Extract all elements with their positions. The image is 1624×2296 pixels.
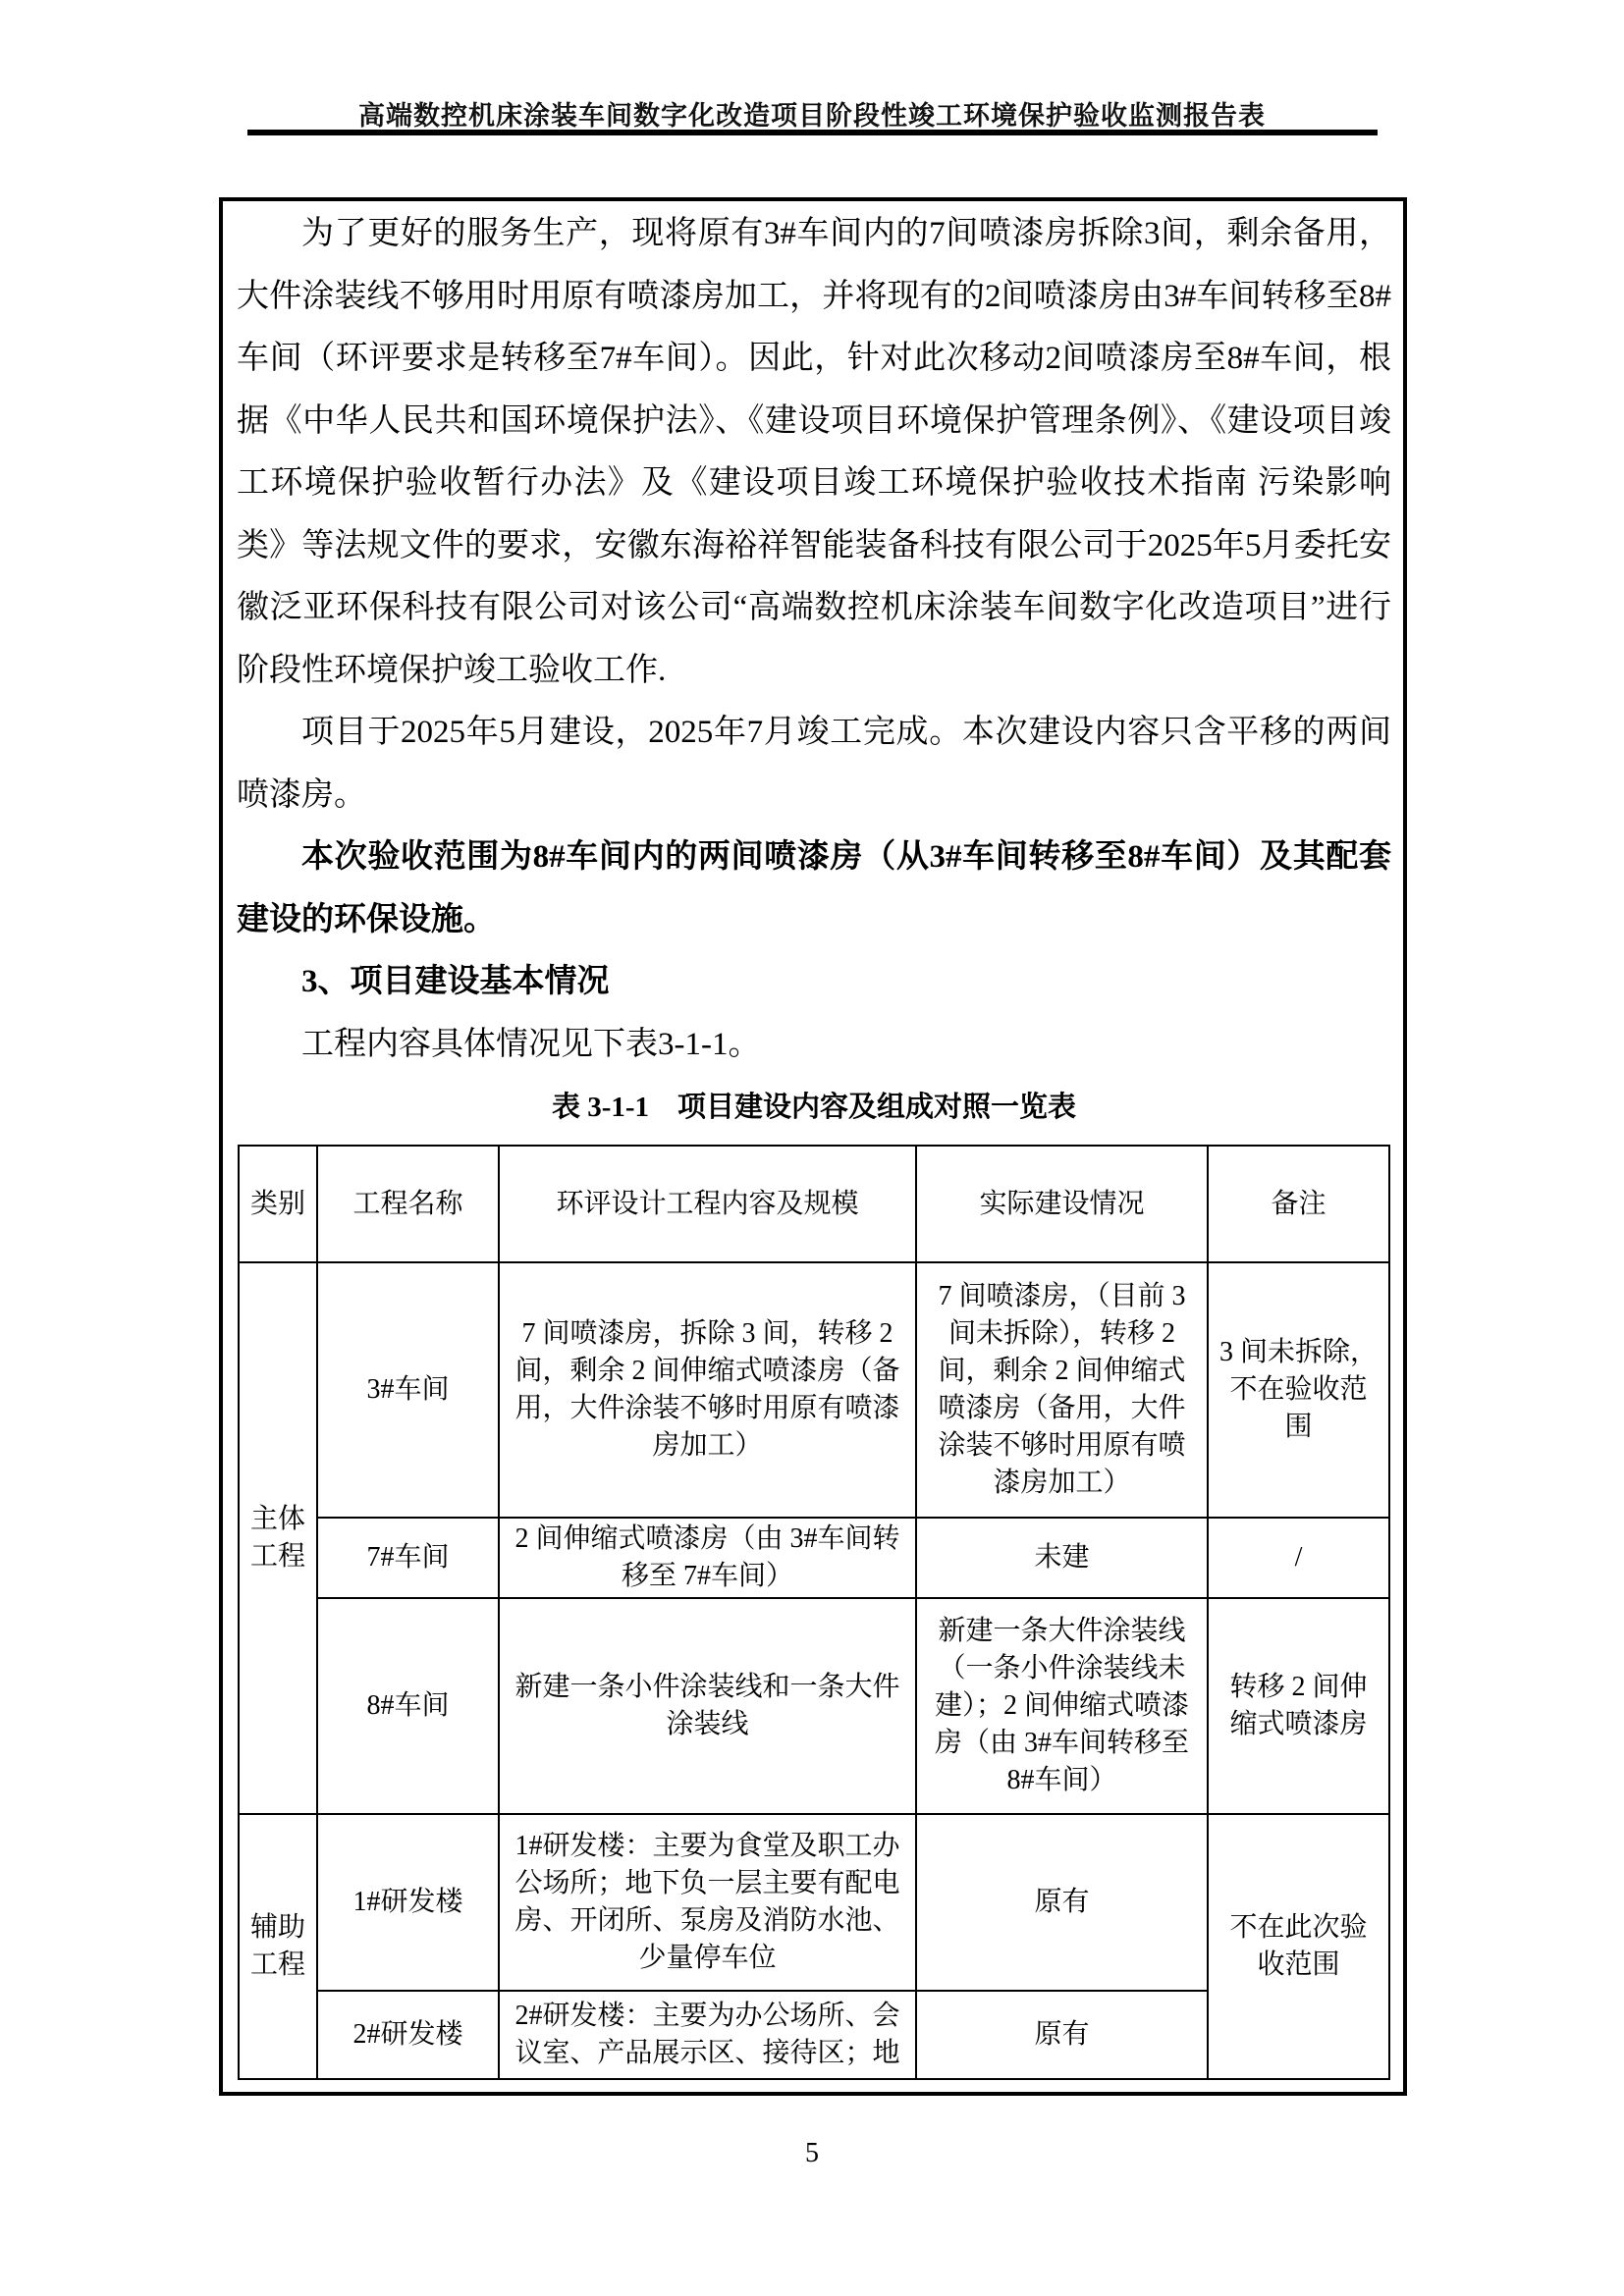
name-cell-workshop-8: 8#车间	[317, 1598, 499, 1814]
actual-cell-rd-building-2: 原有	[916, 1991, 1208, 2079]
section-heading-3: 3、项目建设基本情况	[237, 951, 1391, 1014]
document-page: 高端数控机床涂装车间数字化改造项目阶段性竣工环境保护验收监测报告表 为了更好的服…	[0, 0, 1624, 2296]
header-cell-category: 类别	[239, 1146, 317, 1262]
name-cell-rd-building-1: 1#研发楼	[317, 1814, 499, 1991]
note-cell-workshop-3: 3 间未拆除，不在验收范围	[1208, 1262, 1389, 1518]
table-header-row: 类别 工程名称 环评设计工程内容及规模 实际建设情况 备注	[239, 1146, 1389, 1262]
design-cell-workshop-7: 2 间伸缩式喷漆房（由 3#车间转移至 7#车间）	[499, 1518, 916, 1598]
page-number: 5	[0, 2138, 1624, 2169]
body-paragraph-2: 项目于2025年5月建设，2025年7月竣工完成。本次建设内容只含平移的两间喷漆…	[237, 702, 1391, 827]
header-cell-project-name: 工程名称	[317, 1146, 499, 1262]
header-cell-actual-construction: 实际建设情况	[916, 1146, 1208, 1262]
note-cell-auxiliary: 不在此次验收范围	[1208, 1814, 1389, 2079]
header-cell-remark: 备注	[1208, 1146, 1389, 1262]
actual-cell-workshop-7: 未建	[916, 1518, 1208, 1598]
design-cell-rd-building-1: 1#研发楼：主要为食堂及职工办公场所；地下负一层主要有配电房、开闭所、泵房及消防…	[499, 1814, 916, 1991]
note-cell-workshop-8: 转移 2 间伸缩式喷漆房	[1208, 1598, 1389, 1814]
body-paragraph-1: 为了更好的服务生产，现将原有3#车间内的7间喷漆房拆除3间，剩余备用，大件涂装线…	[237, 203, 1391, 702]
note-cell-workshop-7: /	[1208, 1518, 1389, 1598]
body-paragraph-3-scope: 本次验收范围为8#车间内的两间喷漆房（从3#车间转移至8#车间）及其配套建设的环…	[237, 827, 1391, 951]
design-cell-workshop-8: 新建一条小件涂装线和一条大件涂装线	[499, 1598, 916, 1814]
content-frame: 为了更好的服务生产，现将原有3#车间内的7间喷漆房拆除3间，剩余备用，大件涂装线…	[219, 197, 1407, 2096]
actual-cell-workshop-8: 新建一条大件涂装线（一条小件涂装线未建）；2 间伸缩式喷漆房（由 3#车间转移至…	[916, 1598, 1208, 1814]
name-cell-rd-building-2: 2#研发楼	[317, 1991, 499, 2079]
header-cell-eia-design: 环评设计工程内容及规模	[499, 1146, 916, 1262]
actual-cell-workshop-3: 7 间喷漆房，（目前 3 间未拆除），转移 2 间，剩余 2 间伸缩式喷漆房（备…	[916, 1262, 1208, 1518]
table-row-workshop-3: 主体工程 3#车间 7 间喷漆房，拆除 3 间，转移 2 间，剩余 2 间伸缩式…	[239, 1262, 1389, 1518]
table-row-workshop-7: 7#车间 2 间伸缩式喷漆房（由 3#车间转移至 7#车间） 未建 /	[239, 1518, 1389, 1598]
name-cell-workshop-7: 7#车间	[317, 1518, 499, 1598]
table-caption: 表 3-1-1 项目建设内容及组成对照一览表	[237, 1088, 1391, 1127]
header-divider-rule	[247, 130, 1378, 135]
table-row-workshop-8: 8#车间 新建一条小件涂装线和一条大件涂装线 新建一条大件涂装线（一条小件涂装线…	[239, 1598, 1389, 1814]
design-cell-workshop-3: 7 间喷漆房，拆除 3 间，转移 2 间，剩余 2 间伸缩式喷漆房（备用，大件涂…	[499, 1262, 916, 1518]
category-cell-main-project: 主体工程	[239, 1262, 317, 1814]
name-cell-workshop-3: 3#车间	[317, 1262, 499, 1518]
page-header-title: 高端数控机床涂装车间数字化改造项目阶段性竣工环境保护验收监测报告表	[0, 94, 1624, 133]
table-row-rd-building-1: 辅助工程 1#研发楼 1#研发楼：主要为食堂及职工办公场所；地下负一层主要有配电…	[239, 1814, 1389, 1991]
section-intro: 工程内容具体情况见下表3-1-1。	[237, 1014, 1391, 1077]
category-cell-auxiliary-project: 辅助工程	[239, 1814, 317, 2079]
design-cell-rd-building-2: 2#研发楼：主要为办公场所、会议室、产品展示区、接待区；地	[499, 1991, 916, 2079]
actual-cell-rd-building-1: 原有	[916, 1814, 1208, 1991]
project-content-table: 类别 工程名称 环评设计工程内容及规模 实际建设情况 备注 主体工程 3#车间 …	[238, 1145, 1390, 2080]
